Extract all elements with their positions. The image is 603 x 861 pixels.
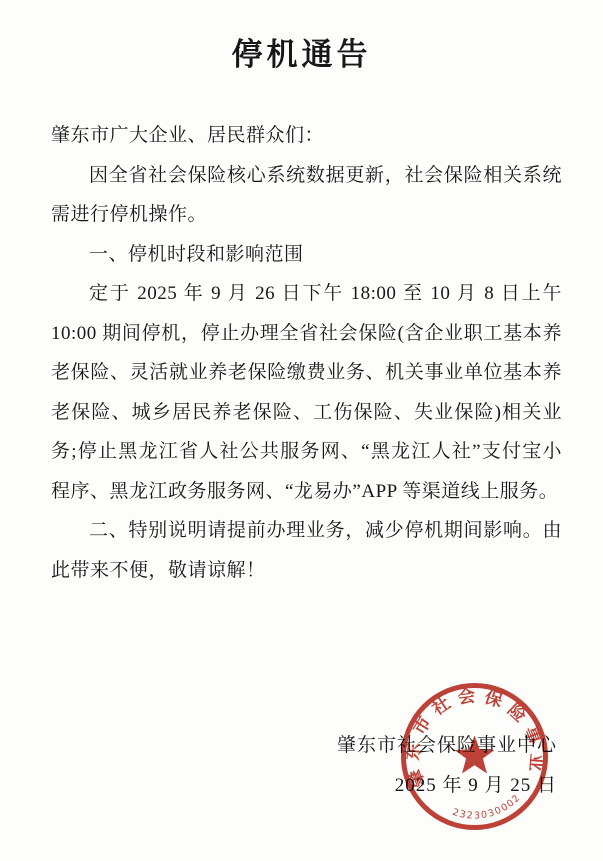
- paragraph-intro: 因全省社会保险核心系统数据更新，社会保险相关系统需进行停机操作。: [51, 156, 562, 235]
- paragraph-note: 二、特别说明请提前办理业务，减少停机期间影响。由此带来不便，敬请谅解！: [51, 511, 562, 590]
- notice-document: 停机通告 肇东市广大企业、居民群众们： 因全省社会保险核心系统数据更新，社会保险…: [0, 0, 603, 861]
- page-title: 停机通告: [0, 34, 603, 76]
- section-heading-1: 一、停机时段和影响范围: [51, 235, 562, 275]
- paragraph-scope: 定于 2025 年 9 月 26 日下午 18:00 至 10 月 8 日上午 …: [51, 274, 562, 511]
- signature-block: 肇东市社会保险事业中心 2025 年 9 月 25 日: [337, 726, 557, 806]
- notice-body: 肇东市广大企业、居民群众们： 因全省社会保险核心系统数据更新，社会保险相关系统需…: [51, 116, 562, 590]
- salutation: 肇东市广大企业、居民群众们：: [51, 116, 562, 156]
- signature-org: 肇东市社会保险事业中心: [337, 726, 557, 766]
- signature-date: 2025 年 9 月 25 日: [337, 766, 557, 806]
